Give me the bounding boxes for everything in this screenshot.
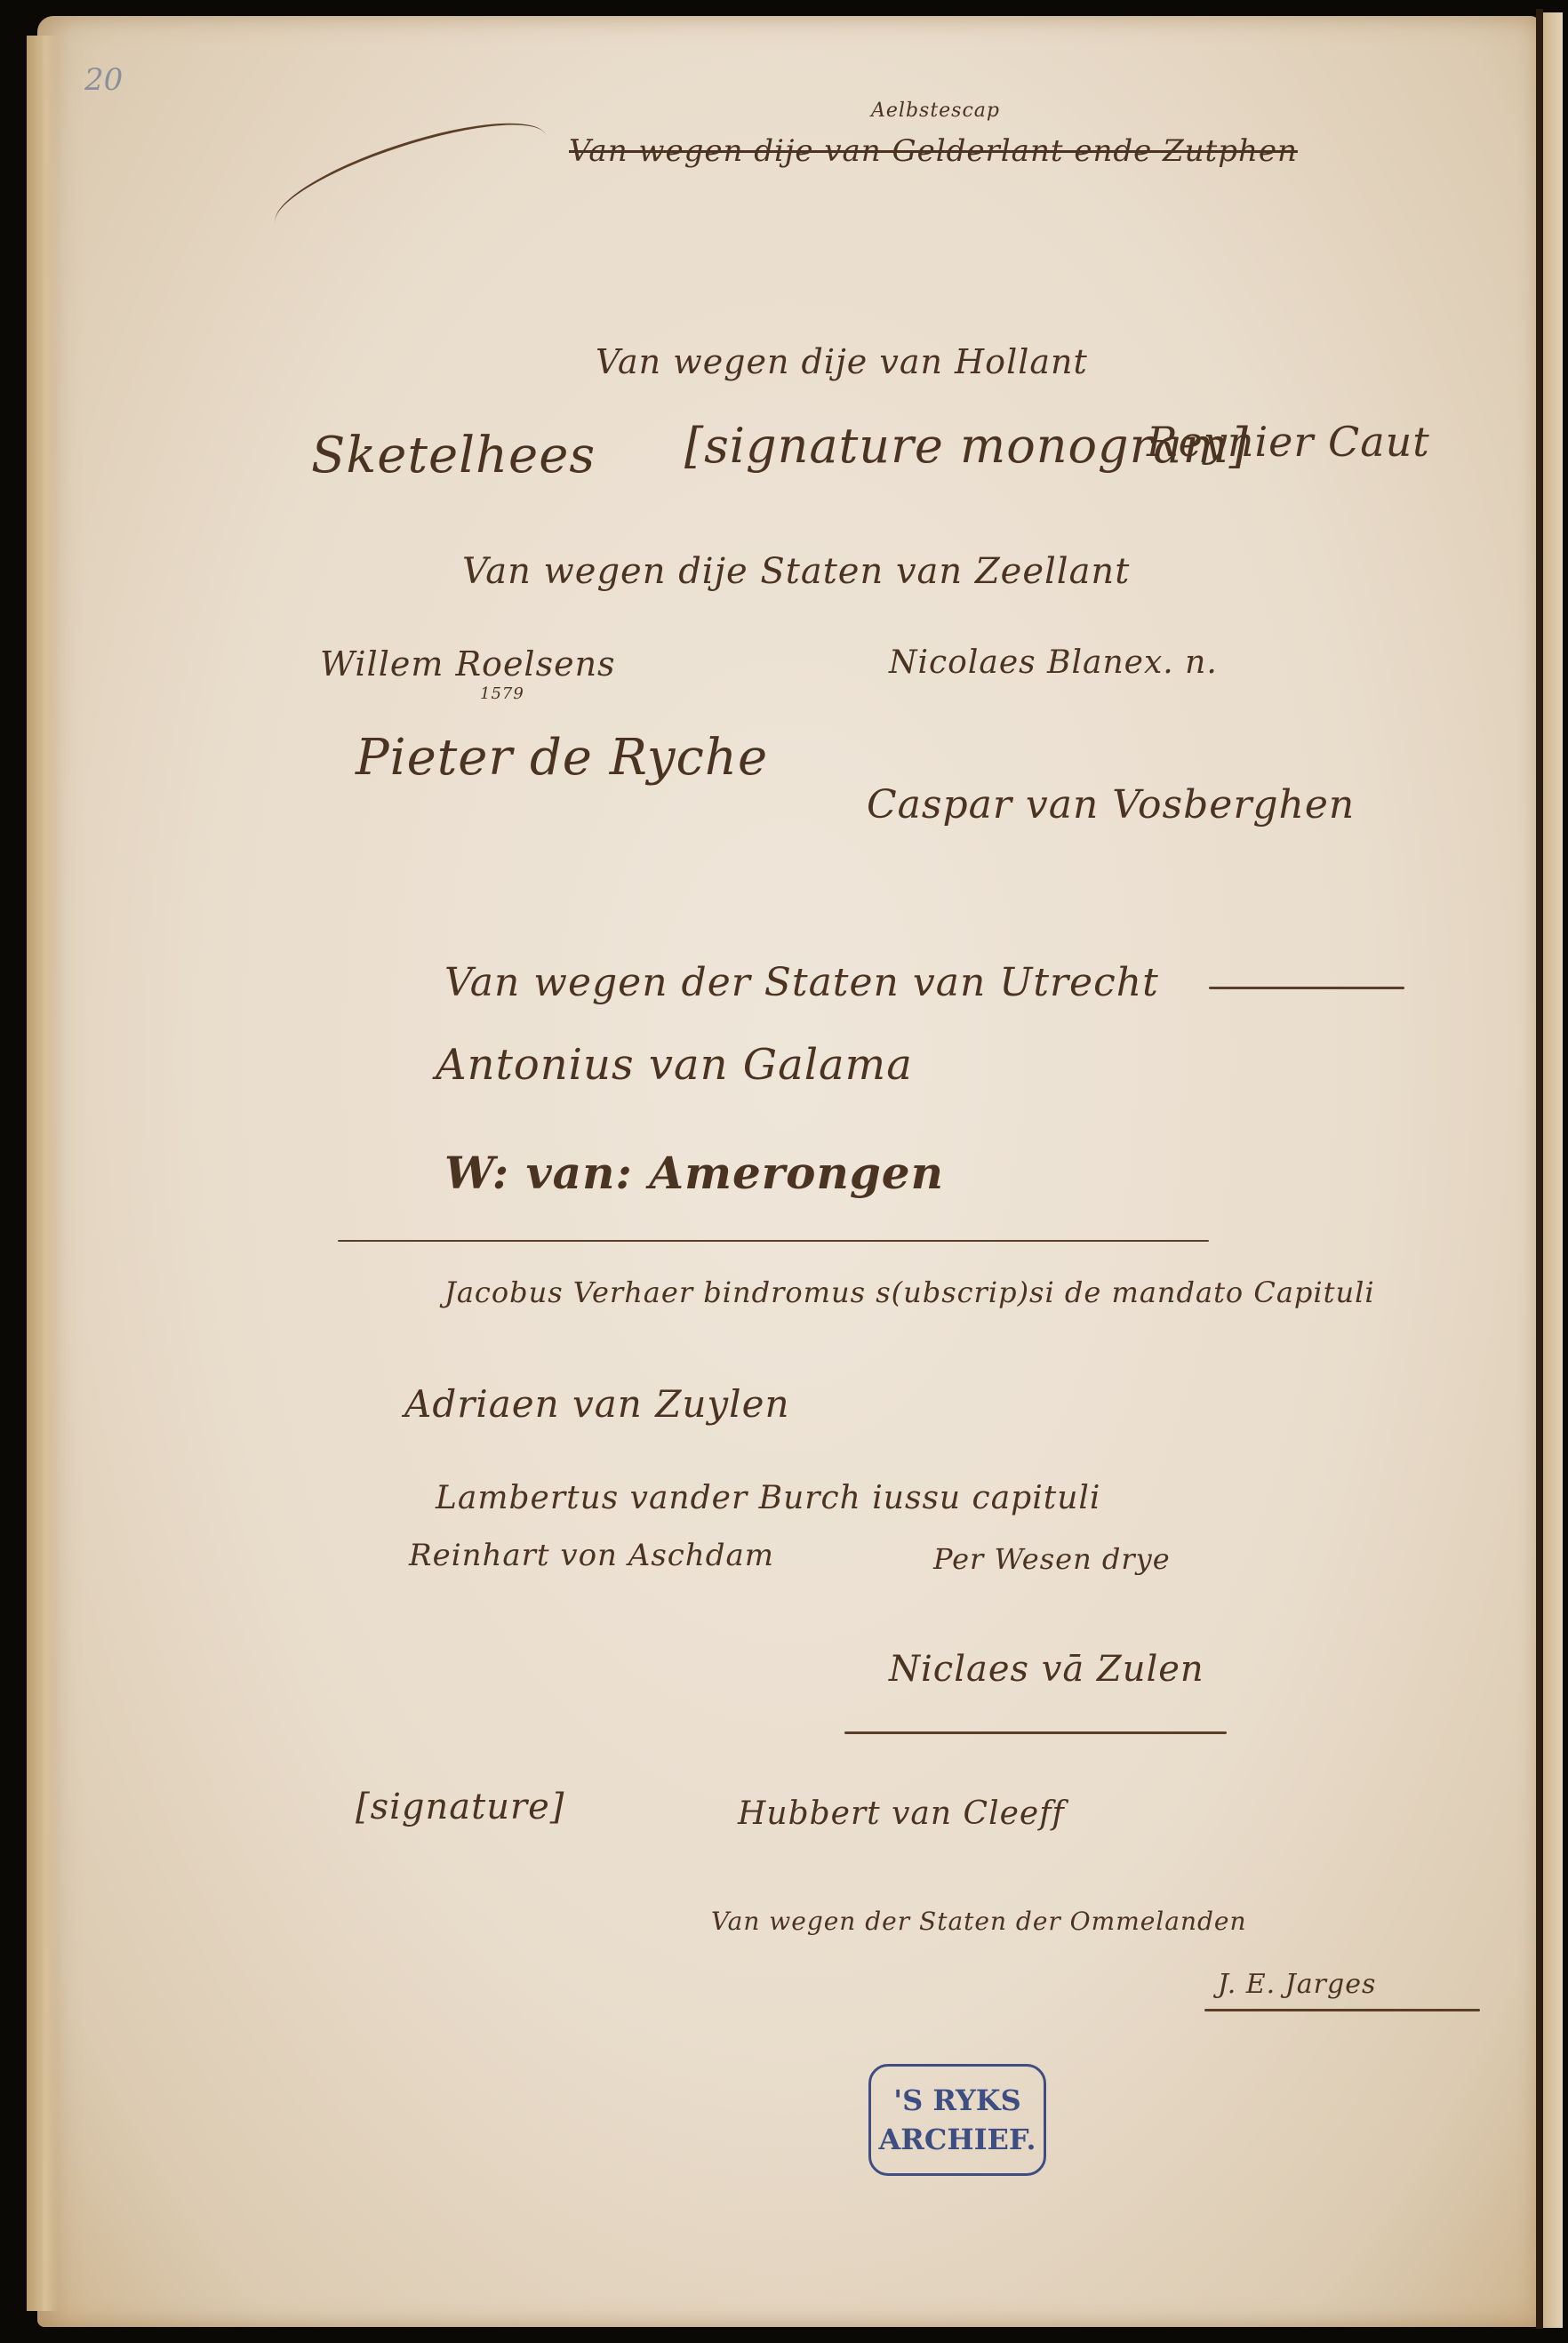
next-page-edge (1543, 12, 1563, 2328)
signature-per-wesen: Per Wesen drye (933, 1542, 1171, 1576)
signature-nicolaes-blanex: Nicolaes Blanex. n. (889, 644, 1218, 681)
binding-gutter (1536, 9, 1543, 2329)
signature-w-van-amerongen: W: van: Amerongen (444, 1147, 944, 1199)
divider (1204, 2009, 1480, 2011)
heading-utrecht: Van wegen der Staten van Utrecht (444, 960, 1159, 1005)
archive-stamp: 'S RYKS ARCHIEF. (868, 2064, 1046, 2176)
heading-gelderland-correction: Aelbstescap (871, 100, 1000, 122)
signature-reinhart-von-aschdam: Reinhart von Aschdam (409, 1538, 774, 1573)
signature-reynier-caut: Reynier Caut (1147, 418, 1430, 466)
signature-adriaen-van-zuylen: Adriaen van Zuylen (404, 1382, 790, 1426)
signature-j-e-jarges: J. E. Jarges (1218, 1969, 1376, 2000)
divider (1209, 987, 1404, 989)
signature-hubbert-van-cleeff: Hubbert van Cleeff (738, 1795, 1065, 1832)
signature-lambertus-vander-burch: Lambertus vander Burch iussu capituli (436, 1480, 1100, 1516)
signature-antonius-van-galama: Antonius van Galama (436, 1040, 913, 1090)
signature-sketelhees: Sketelhees (311, 427, 596, 484)
signature-willem-roelsens: Willem Roelsens (320, 644, 616, 684)
signature-pieter-de-ryche: Pieter de Ryche (356, 729, 768, 787)
heading-zeeland: Van wegen dije Staten van Zeellant (462, 551, 1130, 592)
signature-jacobus-verhaer: Jacobus Verhaer bindromus s(ubscrip)si d… (444, 1275, 1375, 1309)
signature-monogram-2: [signature] (356, 1787, 564, 1827)
folio-number: 20 (84, 62, 123, 98)
signature-year: 1579 (480, 684, 524, 703)
heading-holland: Van wegen dije van Hollant (596, 342, 1088, 381)
divider (338, 1240, 1209, 1242)
signature-niclaes-van-zulen: Niclaes vā Zulen (889, 1649, 1204, 1690)
stamp-line-1: 'S RYKS (893, 2081, 1020, 2120)
stamp-line-2: ARCHIEF. (878, 2120, 1036, 2159)
heading-gelderland: Van wegen dije van Gelderlant ende Zutph… (569, 133, 1298, 169)
signature-caspar-van-vosberghen: Caspar van Vosberghen (867, 782, 1355, 828)
page-left-edge (27, 36, 59, 2311)
divider (844, 1731, 1227, 1734)
heading-ommelanden: Van wegen der Staten der Ommelanden (711, 1907, 1247, 1936)
